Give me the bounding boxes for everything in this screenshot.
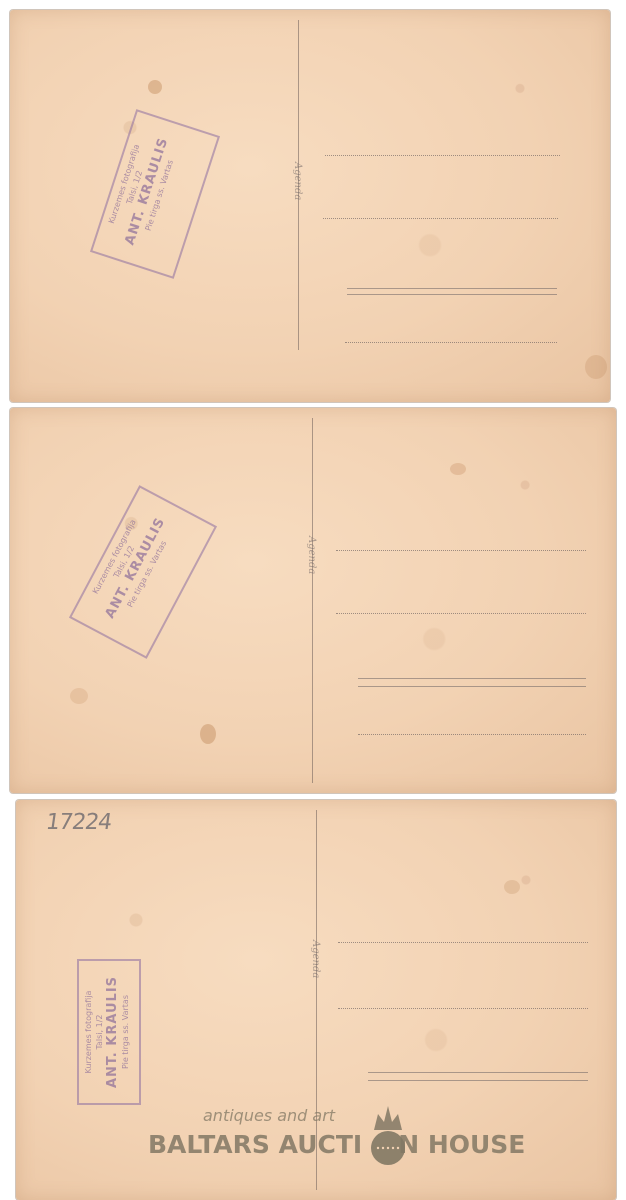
photographer-stamp: Kurzemes fotografija Talsi, 1/2 ANT. KRA… — [69, 485, 217, 659]
stain — [450, 463, 466, 475]
address-line — [358, 734, 586, 735]
address-line — [368, 1080, 588, 1081]
divider-text: Agenda — [310, 940, 321, 978]
address-line — [338, 942, 588, 943]
address-line — [358, 686, 586, 687]
address-line — [336, 550, 586, 551]
handwritten-number: 17224 — [44, 810, 113, 835]
address-line — [345, 342, 557, 343]
stain — [504, 880, 520, 894]
postcard-back-1: Kurzemes fotografija Talsi, 1/2 ANT. KRA… — [10, 10, 610, 402]
photographer-stamp: Kurzemes fotografija Talsi, 1/2 ANT. KRA… — [77, 959, 141, 1105]
watermark-brand-text: BALTARS AUCTIN HOUSE — [148, 1130, 525, 1159]
stamp-line: Pie tirga ss. Vartas — [120, 964, 131, 1100]
stamp-line: Talsi, 1/2 — [94, 964, 105, 1100]
stamp-line: Kurzemes fotografija — [83, 964, 94, 1100]
address-line — [347, 294, 557, 295]
photographer-stamp: Kurzemes fotografija Talsi, 1/2 ANT. KRA… — [90, 109, 220, 279]
address-line — [325, 155, 560, 156]
stain — [585, 355, 607, 379]
address-line — [347, 288, 557, 289]
stamp-name: ANT. KRAULIS — [105, 964, 120, 1100]
postcard-back-2: Kurzemes fotografija Talsi, 1/2 ANT. KRA… — [10, 408, 616, 793]
address-line — [368, 1072, 588, 1073]
crown-logo-icon — [370, 1104, 406, 1168]
stain — [148, 80, 162, 94]
watermark-brand: BALTARS AUCTIN HOUSE — [148, 1130, 525, 1159]
address-line — [358, 678, 586, 679]
watermark-tagline: antiques and art — [203, 1106, 335, 1125]
divider-text: Agenda — [306, 536, 317, 574]
address-line — [336, 613, 586, 614]
stain — [70, 688, 88, 704]
address-line — [323, 218, 558, 219]
divider-line — [312, 418, 313, 783]
divider-text: Agenda — [292, 162, 303, 200]
address-line — [338, 1008, 588, 1009]
watermark: antiques and art BALTARS AUCTIN HOUSE — [148, 1102, 548, 1172]
stain — [200, 724, 216, 744]
